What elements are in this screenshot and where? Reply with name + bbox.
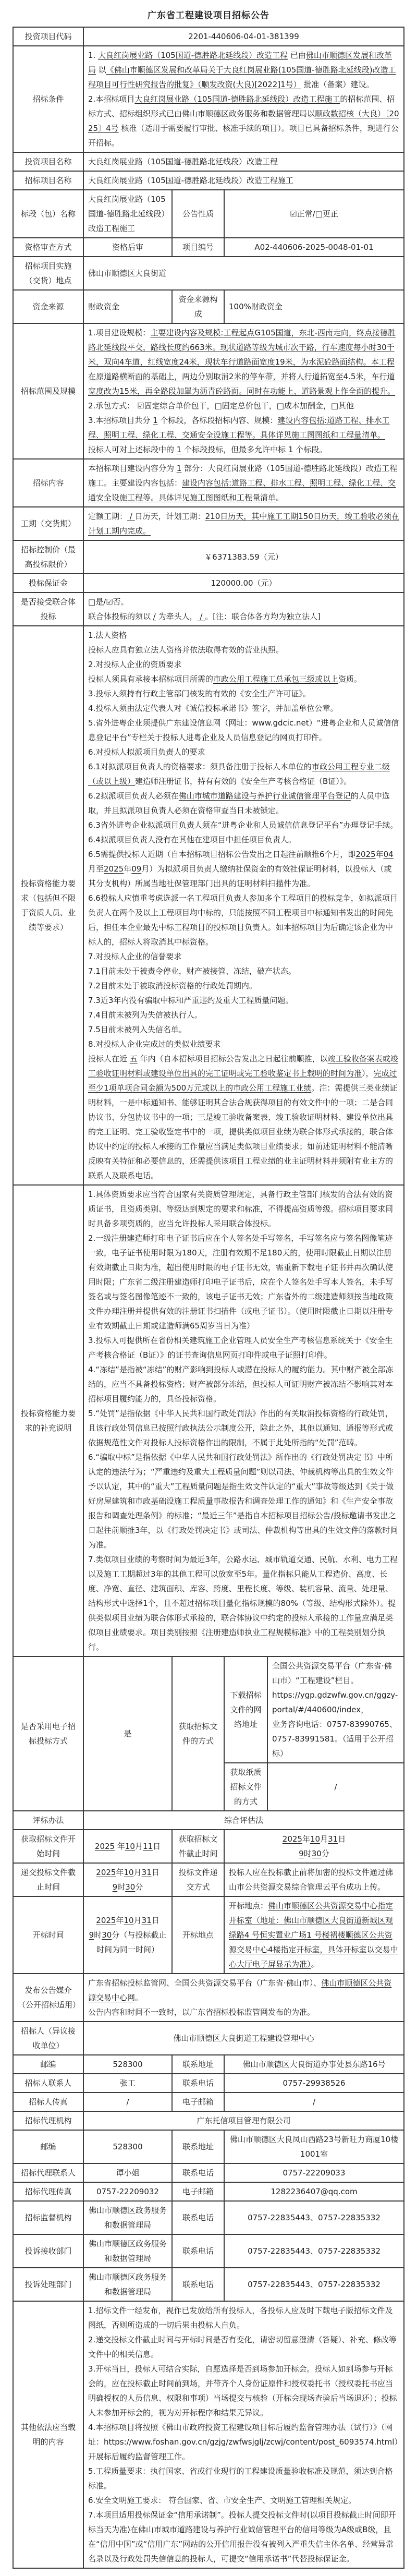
- label-tenderer-fax: 招标人传真: [13, 2093, 83, 2111]
- label-investment-project-name: 投资项目名称: [13, 152, 83, 171]
- value-qualification-review: 资格后审: [83, 238, 172, 257]
- row-supervision: 招标监督机构 佛山市顺德区政务服务和数据管理局 联系电话 0757-228354…: [13, 2201, 404, 2234]
- row-duration: 工期（交货期） 定额工期： / 日历天，计划工期：210日历天，其中施工工期15…: [13, 507, 404, 540]
- value-tenderer-contact: 张工: [83, 2074, 172, 2093]
- label-electronic-bidding: 是否采用电子招标投标方式: [13, 1656, 83, 1811]
- value-tenderer-fax: /: [83, 2093, 172, 2111]
- value-agency-fax: 0757-22209032: [83, 2182, 172, 2201]
- value-evaluation-method: 综合评估法: [83, 1811, 404, 1830]
- label-announcement-media: 发布公告媒介（公开招标适用）: [13, 1974, 83, 2022]
- value-complaint-receive: 佛山市顺德区政务服务和数据管理局: [83, 2234, 172, 2268]
- label-complaint-receive: 投诉接收部门: [13, 2234, 83, 2268]
- label-paper-method: 获取纸质招标文件的方式: [225, 1763, 267, 1810]
- value-tenderer-email: /: [224, 2093, 404, 2111]
- value-paper-method: /: [267, 1763, 403, 1810]
- value-duration: 定额工期： / 日历天，计划工期：210日历天，其中施工工期150日历天，竣工验…: [83, 507, 404, 540]
- value-electronic-bidding: 是: [83, 1656, 172, 1811]
- value-complaint-receive-phone: 0757-22835443、0757-22835332: [224, 2234, 404, 2268]
- row-announcement-media: 发布公告媒介（公开招标适用） 广东省招标投标监管网、全国公共资源交易平台（广东省…: [13, 1974, 404, 2022]
- label-fund-composition: 资金来源构成: [172, 290, 224, 323]
- label-tender-project-name: 招标项目名称: [13, 171, 83, 190]
- value-qualification-requirements: 1.法人资格投标人应具有独立法人资格并依法取得有效的营业执照。2.对投标人企业的…: [83, 626, 404, 1185]
- label-complaint-handle: 投诉处理部门: [13, 2268, 83, 2301]
- label-obtain-method: 获取招标文件的方式: [172, 1656, 224, 1811]
- label-tender-conditions: 招标条件: [13, 46, 83, 152]
- label-agency: 招标代理机构: [13, 2111, 83, 2130]
- value-supervision-phone: 0757-22835443、0757-22835332: [224, 2201, 404, 2234]
- value-agency-contact: 谭小姐: [83, 2163, 172, 2182]
- value-supervision: 佛山市顺德区政务服务和数据管理局: [83, 2201, 172, 2234]
- row-download-address: 下载招标文件的网络地址 全国公共资源交易平台（广东省·佛山市）“工程建设”栏目。…: [225, 1657, 403, 1763]
- row-location: 招标项目实施（交货）地点 佛山市顺德区大良街道: [13, 257, 404, 290]
- label-bid-bond: 投标保证金: [13, 574, 83, 592]
- row-scope: 招标范围及规模 1.项目建设规模：主要建设内容及规模:工程起点G105国道，东北…: [13, 323, 404, 459]
- value-project-number: A02-440606-2025-0048-01-01: [224, 238, 404, 257]
- label-agency-contact: 招标代理联系人: [13, 2163, 83, 2182]
- label-notice-nature: 公告性质: [172, 190, 224, 238]
- value-complaint-handle: 佛山市顺德区政务服务和数据管理局: [83, 2268, 172, 2301]
- label-section-name: 标段（包）名称: [13, 190, 83, 238]
- label-location: 招标项目实施（交货）地点: [13, 257, 83, 290]
- row-qualification-review: 资格审查方式 资格后审 项目编号 A02-440606-2025-0048-01…: [13, 238, 404, 257]
- label-tenderer-address: 联系地址: [172, 2055, 224, 2074]
- value-bid-submission-deadline: 2025年10月31日9时30分: [83, 1863, 172, 1896]
- label-tenderer-postcode: 邮编: [13, 2055, 83, 2074]
- label-project-number: 项目编号: [172, 238, 224, 257]
- label-agency-email: 电子邮箱: [172, 2182, 224, 2201]
- row-bid-opening: 开标时间 2025年10月31日9时30分（与投标截止时间为同一时间） 开标地点…: [13, 1896, 404, 1974]
- label-tenderer: 招标人（异议接收单位）: [13, 2022, 83, 2055]
- row-tenderer: 招标人（异议接收单位） 佛山市顺德区大良街道工程建设管理中心: [13, 2022, 404, 2055]
- label-evaluation-method: 评标办法: [13, 1811, 83, 1830]
- label-tenderer-phone: 联系电话: [172, 2074, 224, 2093]
- value-agency-phone: 0757-22209033: [224, 2163, 404, 2182]
- label-consortium: 是否接受联合体投标: [13, 592, 83, 626]
- label-project-code: 投资项目代码: [13, 27, 83, 46]
- label-other-content: 其他依法应当载明的内容: [13, 2301, 83, 2568]
- label-content: 招标内容: [13, 459, 83, 507]
- value-scope: 1.项目建设规模：主要建设内容及规模:工程起点G105国道，东北-西南走向，终点…: [83, 323, 404, 459]
- label-complaint-handle-phone: 联系电话: [172, 2268, 224, 2301]
- value-download-address: 全国公共资源交易平台（广东省·佛山市）“工程建设”栏目。https://ygp.…: [267, 1657, 403, 1763]
- value-location: 佛山市顺德区大良街道: [83, 257, 404, 290]
- row-tenderer-contact: 招标人联系人 张工 联系电话 0757-29938526: [13, 2074, 404, 2093]
- value-agency-address: 佛山市顺德区大良凤山西路23号新旺力商厦10楼1001室: [224, 2130, 404, 2163]
- label-tenderer-email: 电子邮箱: [172, 2093, 224, 2111]
- label-complaint-receive-phone: 联系电话: [172, 2234, 224, 2268]
- label-bid-opening-place: 开标地点: [172, 1896, 224, 1974]
- value-consortium: □是/☑否。联合体投标的须以 / 为牵头人， / 。[注：联合体各方均为独立法人…: [83, 592, 404, 626]
- value-bid-opening-time: 2025年10月31日9时30分（与投标截止时间为同一时间）: [83, 1896, 172, 1974]
- row-electronic-bidding: 是否采用电子招标投标方式 是 获取招标文件的方式 下载招标文件的网络地址 全国公…: [13, 1656, 404, 1811]
- label-tenderer-contact: 招标人联系人: [13, 2074, 83, 2093]
- row-agency-fax: 招标代理传真 0757-22209032 电子邮箱 1282236407@qq.…: [13, 2182, 404, 2201]
- row-other-content: 其他依法应当载明的内容 1.招标文件一经发布，视作已发放给所有投标人，各投标人应…: [13, 2301, 404, 2568]
- value-bid-bond: 120000.00（元）: [83, 574, 404, 592]
- value-tenderer-phone: 0757-29938526: [224, 2074, 404, 2093]
- label-bid-submission-deadline: 递交投标文件截止时间: [13, 1863, 83, 1896]
- label-submission-method: 投标文件递交方式: [172, 1863, 224, 1896]
- label-supervision-phone: 联系电话: [172, 2201, 224, 2234]
- label-download-address: 下载招标文件的网络地址: [225, 1657, 267, 1763]
- row-agency-postcode: 邮编 528300 联系地址 佛山市顺德区大良凤山西路23号新旺力商厦10楼10…: [13, 2130, 404, 2163]
- value-doc-obtain-start: 2025 年10月11日: [83, 1830, 172, 1863]
- row-tenderer-fax: 招标人传真 / 电子邮箱 /: [13, 2093, 404, 2111]
- value-fund-composition: 100%财政资金: [224, 290, 404, 323]
- label-qualification-review: 资格审查方式: [13, 238, 83, 257]
- value-agency-postcode: 528300: [83, 2130, 172, 2163]
- value-agency-email: 1282236407@qq.com: [224, 2182, 404, 2201]
- value-complaint-handle-phone: 0757-22835443、0757-22835332: [224, 2268, 404, 2301]
- label-supervision: 招标监督机构: [13, 2201, 83, 2234]
- value-agency: 广东托信项目管理有限公司: [83, 2111, 404, 2130]
- label-doc-obtain-end: 获取招标文件截止时间: [172, 1830, 224, 1863]
- row-tender-project-name: 招标项目名称 大良红岗展业路（105国道-德胜路北延线段）改造工程施工: [13, 171, 404, 190]
- row-doc-obtain-time: 获取招标文件开始时间 2025 年10月11日 获取招标文件截止时间 2025年…: [13, 1830, 404, 1863]
- row-complaint-handle: 投诉处理部门 佛山市顺德区政务服务和数据管理局 联系电话 0757-228354…: [13, 2268, 404, 2301]
- value-qualification-supplement: 1.具体资质要求应当符合国家有关资质管理规定，具备行政主管部门核发的合法有效的资…: [83, 1185, 404, 1656]
- value-project-code: 2201-440606-04-01-381399: [83, 27, 404, 46]
- row-bid-bond: 投标保证金 120000.00（元）: [13, 574, 404, 592]
- tender-announcement-page: 广东省工程建设项目招标公告 投资项目代码 2201-440606-04-01-3…: [0, 0, 417, 2569]
- row-section-name: 标段（包）名称 大良红岗展业路（105国道-德胜路北延线段）改造工程施工 公告性…: [13, 190, 404, 238]
- value-other-content: 1.招标文件一经发布，视作已发放给所有投标人，各投标人应及时下载电子版招标文件及…: [83, 2301, 404, 2568]
- obtain-method-inner-table: 下载招标文件的网络地址 全国公共资源交易平台（广东省·佛山市）“工程建设”栏目。…: [225, 1657, 403, 1810]
- row-fund-source: 资金来源 财政资金 资金来源构成 100%财政资金: [13, 290, 404, 323]
- row-evaluation-method: 评标办法 综合评估法: [13, 1811, 404, 1830]
- value-submission-method: 投标人应在投标截止前将加密的投标文件通过佛山市公共资源交易综合管理云平台成功上传…: [224, 1863, 404, 1896]
- label-agency-fax: 招标代理传真: [13, 2182, 83, 2201]
- value-bid-opening-place: 开标地点：佛山市顺德区公共资源交易中心指定开标室（地址：佛山市顺德区大良街道新城…: [224, 1896, 404, 1974]
- row-bid-submission: 递交投标文件截止时间 2025年10月31日9时30分 投标文件递交方式 投标人…: [13, 1863, 404, 1896]
- label-bid-opening-time: 开标时间: [13, 1896, 83, 1974]
- label-doc-obtain-start: 获取招标文件开始时间: [13, 1830, 83, 1863]
- value-tender-project-name: 大良红岗展业路（105国道-德胜路北延线段）改造工程施工: [83, 171, 404, 190]
- value-section-name: 大良红岗展业路（105国道-德胜路北延线段）改造工程施工: [83, 190, 172, 238]
- tender-table: 投资项目代码 2201-440606-04-01-381399 招标条件 1. …: [13, 27, 404, 2569]
- value-tenderer-postcode: 528300: [83, 2055, 172, 2074]
- row-agency: 招标代理机构 广东托信项目管理有限公司: [13, 2111, 404, 2130]
- value-tender-conditions: 1. 大良红岗展业路（105国道-德胜路北延线段）改造工程 已由佛山市顺德区发展…: [83, 46, 404, 152]
- page-title: 广东省工程建设项目招标公告: [0, 0, 417, 27]
- obtain-method-cell: 下载招标文件的网络地址 全国公共资源交易平台（广东省·佛山市）“工程建设”栏目。…: [224, 1656, 404, 1811]
- row-qualification-supplement: 投标资格能力要求的补充说明 1.具体资质要求应当符合国家有关资质管理规定，具备行…: [13, 1185, 404, 1656]
- value-notice-nature: ☑正常/□更正: [224, 190, 404, 238]
- label-fund-source: 资金来源: [13, 290, 83, 323]
- row-agency-contact: 招标代理联系人 谭小姐 联系电话 0757-22209033: [13, 2163, 404, 2182]
- row-tender-conditions: 招标条件 1. 大良红岗展业路（105国道-德胜路北延线段）改造工程 已由佛山市…: [13, 46, 404, 152]
- row-qualification-requirements: 投标资格能力要求（包括但不限于资质人员、业绩等要求） 1.法人资格投标人应具有独…: [13, 626, 404, 1185]
- row-project-code: 投资项目代码 2201-440606-04-01-381399: [13, 27, 404, 46]
- value-investment-project-name: 大良红岗展业路（105国道-德胜路北延线段）改造工程: [83, 152, 404, 171]
- value-content: 本招标项目建设内容分为 1 部分：大良红岗展业路（105国道-德胜路北延线段）改…: [83, 459, 404, 507]
- label-agency-phone: 联系电话: [172, 2163, 224, 2182]
- label-control-price: 招标控制价（最高投标限价）: [13, 540, 83, 574]
- row-control-price: 招标控制价（最高投标限价） ￥6371383.59（元）: [13, 540, 404, 574]
- label-qualification-requirements: 投标资格能力要求（包括但不限于资质人员、业绩等要求）: [13, 626, 83, 1185]
- label-duration: 工期（交货期）: [13, 507, 83, 540]
- value-doc-obtain-end: 2025年10月31日9时30分: [224, 1830, 404, 1863]
- row-paper-method: 获取纸质招标文件的方式 /: [225, 1763, 403, 1810]
- row-complaint-receive: 投诉接收部门 佛山市顺德区政务服务和数据管理局 联系电话 0757-228354…: [13, 2234, 404, 2268]
- row-consortium: 是否接受联合体投标 □是/☑否。联合体投标的须以 / 为牵头人， / 。[注：联…: [13, 592, 404, 626]
- value-tenderer: 佛山市顺德区大良街道工程建设管理中心: [83, 2022, 404, 2055]
- value-tenderer-address: 佛山市顺德区大良街道办事处县东路16号: [224, 2055, 404, 2074]
- label-agency-postcode: 邮编: [13, 2130, 83, 2163]
- label-qualification-supplement: 投标资格能力要求的补充说明: [13, 1185, 83, 1656]
- row-tenderer-postcode: 邮编 528300 联系地址 佛山市顺德区大良街道办事处县东路16号: [13, 2055, 404, 2074]
- value-announcement-media: 广东省招标投标监管网、全国公共资源交易平台（广东省·佛山市）、佛山市顺德区公共资…: [83, 1974, 404, 2022]
- row-investment-project-name: 投资项目名称 大良红岗展业路（105国道-德胜路北延线段）改造工程: [13, 152, 404, 171]
- value-control-price: ￥6371383.59（元）: [83, 540, 404, 574]
- label-scope: 招标范围及规模: [13, 323, 83, 459]
- label-agency-address: 联系地址: [172, 2130, 224, 2163]
- value-fund-source: 财政资金: [83, 290, 172, 323]
- row-content: 招标内容 本招标项目建设内容分为 1 部分：大良红岗展业路（105国道-德胜路北…: [13, 459, 404, 507]
